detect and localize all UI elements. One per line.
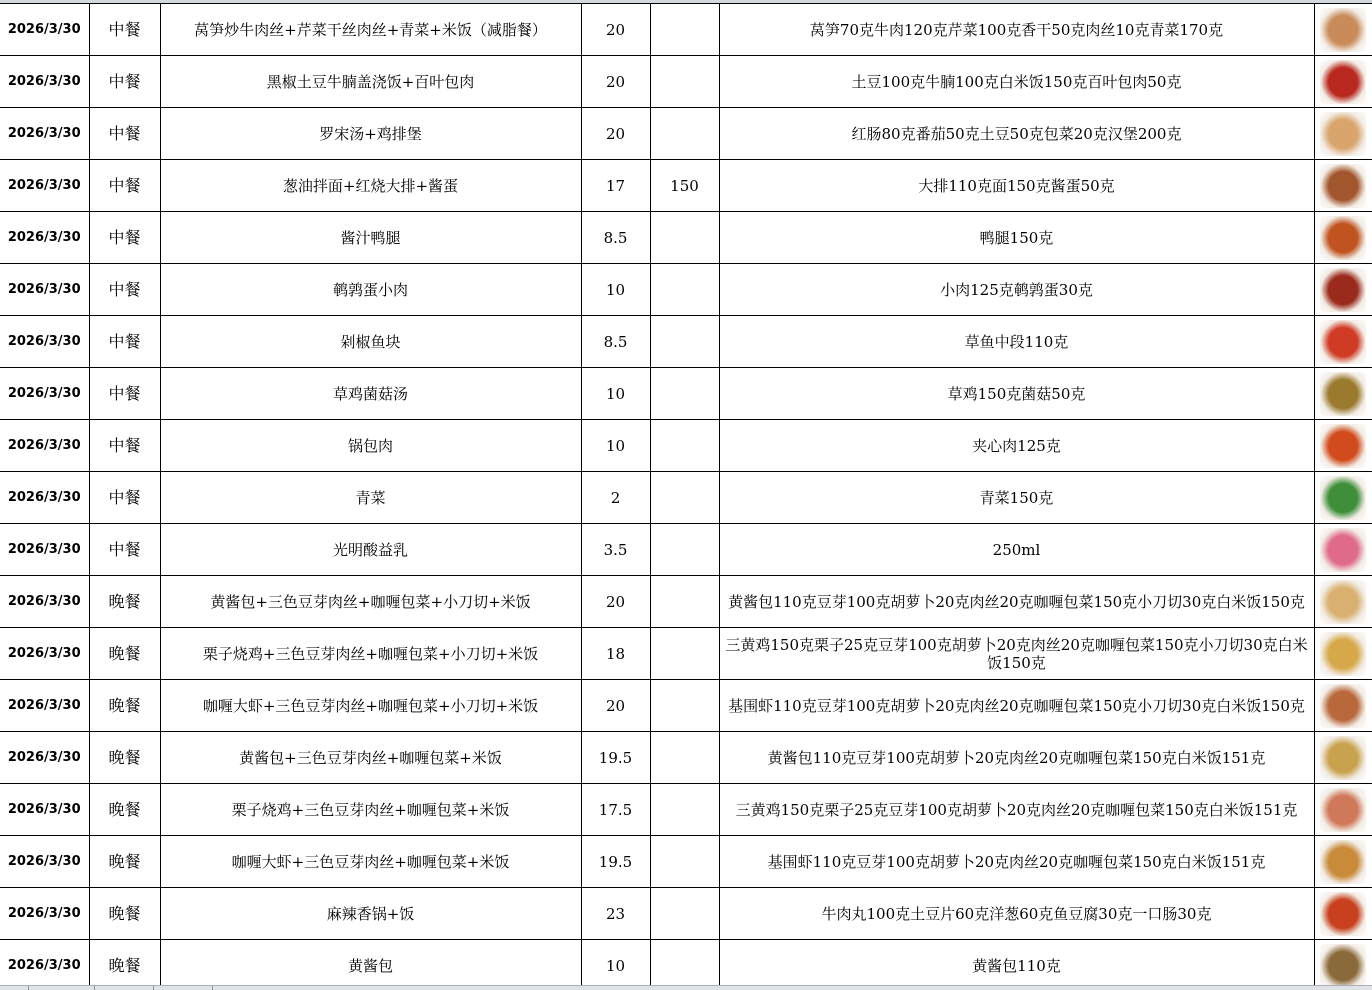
date-cell[interactable]: 2026/3/30: [0, 836, 89, 888]
bento-box-icon[interactable]: [1320, 8, 1366, 52]
plate-meal-icon[interactable]: [1320, 788, 1366, 832]
extra-cell[interactable]: [650, 524, 719, 576]
meal-cell[interactable]: 中餐: [89, 160, 160, 212]
dish-cell[interactable]: 黄酱包: [160, 940, 581, 990]
extra-cell[interactable]: [650, 108, 719, 160]
meal-cell[interactable]: 晚餐: [89, 784, 160, 836]
extra-cell[interactable]: [650, 576, 719, 628]
braised-pork-icon[interactable]: [1320, 268, 1366, 312]
price-cell[interactable]: 20: [581, 576, 650, 628]
date-cell[interactable]: 2026/3/30: [0, 264, 89, 316]
image-cell[interactable]: [1314, 472, 1372, 524]
table-row: 2026/3/30中餐黑椒土豆牛腩盖浇饭+百叶包肉20土豆100克牛腩100克白…: [0, 56, 1372, 108]
extra-cell[interactable]: [650, 732, 719, 784]
meal-cell[interactable]: 中餐: [89, 108, 160, 160]
date-cell[interactable]: 2026/3/30: [0, 472, 89, 524]
date-cell[interactable]: 2026/3/30: [0, 784, 89, 836]
table-row: 2026/3/30中餐罗宋汤+鸡排堡20红肠80克番茄50克土豆50克包菜20克…: [0, 108, 1372, 160]
dish-cell[interactable]: 黑椒土豆牛腩盖浇饭+百叶包肉: [160, 56, 581, 108]
price-cell[interactable]: 23: [581, 888, 650, 940]
meal-cell[interactable]: 晚餐: [89, 628, 160, 680]
image-cell[interactable]: [1314, 264, 1372, 316]
noodle-bowl-icon[interactable]: [1320, 164, 1366, 208]
image-cell[interactable]: [1314, 836, 1372, 888]
price-cell[interactable]: 8.5: [581, 316, 650, 368]
table-row: 2026/3/30中餐青菜2青菜150克: [0, 472, 1372, 524]
set-meal-icon[interactable]: [1320, 840, 1366, 884]
extra-cell[interactable]: [650, 472, 719, 524]
dish-cell[interactable]: 光明酸益乳: [160, 524, 581, 576]
ingredients-cell[interactable]: 草鸡150克菌菇50克: [719, 368, 1314, 420]
ingredients-cell[interactable]: 基围虾110克豆芽100克胡萝卜20克肉丝20克咖喱包菜150克白米饭151克: [719, 836, 1314, 888]
ingredients-cell[interactable]: 三黄鸡150克栗子25克豆芽100克胡萝卜20克肉丝20克咖喱包菜150克小刀切…: [719, 628, 1314, 680]
price-cell[interactable]: 8.5: [581, 212, 650, 264]
ingredients-cell[interactable]: 三黄鸡150克栗子25克豆芽100克胡萝卜20克肉丝20克咖喱包菜150克白米饭…: [719, 784, 1314, 836]
date-cell[interactable]: 2026/3/30: [0, 888, 89, 940]
date-cell[interactable]: 2026/3/30: [0, 368, 89, 420]
ingredients-cell[interactable]: 黄酱包110克豆芽100克胡萝卜20克肉丝20克咖喱包菜150克白米饭151克: [719, 732, 1314, 784]
meal-cell[interactable]: 晚餐: [89, 680, 160, 732]
duck-leg-icon[interactable]: [1320, 216, 1366, 260]
fried-pork-icon[interactable]: [1320, 424, 1366, 468]
add-sheet-tab[interactable]: [212, 986, 247, 990]
dish-cell[interactable]: 栗子烧鸡+三色豆芽肉丝+咖喱包菜+米饭: [160, 784, 581, 836]
meal-cell[interactable]: 中餐: [89, 264, 160, 316]
table-row: 2026/3/30晚餐黄酱包10黄酱包110克: [0, 940, 1372, 990]
fish-chili-icon[interactable]: [1320, 320, 1366, 364]
meal-cell[interactable]: 中餐: [89, 56, 160, 108]
image-cell[interactable]: [1314, 56, 1372, 108]
meal-cell[interactable]: 晚餐: [89, 940, 160, 990]
ingredients-cell[interactable]: 土豆100克牛腩100克白米饭150克百叶包肉50克: [719, 56, 1314, 108]
image-cell[interactable]: [1314, 628, 1372, 680]
image-cell[interactable]: [1314, 732, 1372, 784]
date-cell[interactable]: 2026/3/30: [0, 212, 89, 264]
date-cell[interactable]: 2026/3/30: [0, 420, 89, 472]
table-row: 2026/3/30中餐鹌鹑蛋小肉10小肉125克鹌鹑蛋30克: [0, 264, 1372, 316]
ingredients-cell[interactable]: 黄酱包110克豆芽100克胡萝卜20克肉丝20克咖喱包菜150克小刀切30克白米…: [719, 576, 1314, 628]
meal-cell[interactable]: 晚餐: [89, 836, 160, 888]
meal-cell[interactable]: 中餐: [89, 368, 160, 420]
date-cell[interactable]: 2026/3/30: [0, 732, 89, 784]
meal-cell[interactable]: 中餐: [89, 4, 160, 56]
meal-cell[interactable]: 中餐: [89, 316, 160, 368]
greens-icon[interactable]: [1320, 476, 1366, 520]
price-cell[interactable]: 20: [581, 680, 650, 732]
dish-cell[interactable]: 咖喱大虾+三色豆芽肉丝+咖喱包菜+小刀切+米饭: [160, 680, 581, 732]
ingredients-cell[interactable]: 小肉125克鹌鹑蛋30克: [719, 264, 1314, 316]
extra-cell[interactable]: [650, 264, 719, 316]
dish-cell[interactable]: 麻辣香锅+饭: [160, 888, 581, 940]
image-cell[interactable]: [1314, 524, 1372, 576]
ingredients-cell[interactable]: 250ml: [719, 524, 1314, 576]
table-row: 2026/3/30中餐葱油拌面+红烧大排+酱蛋17150大排110克面150克酱…: [0, 160, 1372, 212]
set-meal-icon[interactable]: [1320, 580, 1366, 624]
burger-fries-icon[interactable]: [1320, 112, 1366, 156]
table-row: 2026/3/30中餐草鸡菌菇汤10草鸡150克菌菇50克: [0, 368, 1372, 420]
image-cell[interactable]: [1314, 212, 1372, 264]
table-row: 2026/3/30晚餐黄酱包+三色豆芽肉丝+咖喱包菜+小刀切+米饭20黄酱包11…: [0, 576, 1372, 628]
ingredients-cell[interactable]: 鸭腿150克: [719, 212, 1314, 264]
image-cell[interactable]: [1314, 4, 1372, 56]
date-cell[interactable]: 2026/3/30: [0, 680, 89, 732]
table-row: 2026/3/30晚餐咖喱大虾+三色豆芽肉丝+咖喱包菜+小刀切+米饭20基围虾1…: [0, 680, 1372, 732]
extra-cell[interactable]: [650, 4, 719, 56]
image-cell[interactable]: [1314, 108, 1372, 160]
sheet-tab[interactable]: [28, 986, 89, 990]
dish-cell[interactable]: 葱油拌面+红烧大排+酱蛋: [160, 160, 581, 212]
dish-cell[interactable]: 黄酱包+三色豆芽肉丝+咖喱包菜+米饭: [160, 732, 581, 784]
meal-cell[interactable]: 晚餐: [89, 576, 160, 628]
table-row: 2026/3/30中餐锅包肉10夹心肉125克: [0, 420, 1372, 472]
sauce-bun-icon[interactable]: [1320, 944, 1366, 988]
price-cell[interactable]: 20: [581, 4, 650, 56]
price-cell[interactable]: 10: [581, 264, 650, 316]
ingredients-cell[interactable]: 红肠80克番茄50克土豆50克包菜20克汉堡200克: [719, 108, 1314, 160]
date-cell[interactable]: 2026/3/30: [0, 160, 89, 212]
image-cell[interactable]: [1314, 940, 1372, 990]
date-cell[interactable]: 2026/3/30: [0, 4, 89, 56]
dish-cell[interactable]: 鹌鹑蛋小肉: [160, 264, 581, 316]
price-cell[interactable]: 19.5: [581, 732, 650, 784]
extra-cell[interactable]: [650, 212, 719, 264]
meal-cell[interactable]: 中餐: [89, 420, 160, 472]
menu-spreadsheet: 2026/3/30中餐莴笋炒牛肉丝+芹菜干丝肉丝+青菜+米饭（减脂餐）20莴笋7…: [0, 3, 1372, 990]
table-row: 2026/3/30中餐酱汁鸭腿8.5鸭腿150克: [0, 212, 1372, 264]
date-cell[interactable]: 2026/3/30: [0, 108, 89, 160]
meal-cell[interactable]: 中餐: [89, 212, 160, 264]
ingredients-cell[interactable]: 夹心肉125克: [719, 420, 1314, 472]
yogurt-drink-icon[interactable]: [1320, 528, 1366, 572]
dish-cell[interactable]: 栗子烧鸡+三色豆芽肉丝+咖喱包菜+小刀切+米饭: [160, 628, 581, 680]
price-cell[interactable]: 10: [581, 368, 650, 420]
image-cell[interactable]: [1314, 160, 1372, 212]
extra-cell[interactable]: [650, 368, 719, 420]
set-meal-icon[interactable]: [1320, 632, 1366, 676]
table-row: 2026/3/30中餐莴笋炒牛肉丝+芹菜干丝肉丝+青菜+米饭（减脂餐）20莴笋7…: [0, 4, 1372, 56]
sheet-tab[interactable]: [94, 986, 153, 990]
dish-cell[interactable]: 莴笋炒牛肉丝+芹菜干丝肉丝+青菜+米饭（减脂餐）: [160, 4, 581, 56]
price-cell[interactable]: 19.5: [581, 836, 650, 888]
ingredients-cell[interactable]: 牛肉丸100克土豆片60克洋葱60克鱼豆腐30克一口肠30克: [719, 888, 1314, 940]
price-cell[interactable]: 17: [581, 160, 650, 212]
extra-cell[interactable]: [650, 888, 719, 940]
date-cell[interactable]: 2026/3/30: [0, 316, 89, 368]
extra-cell[interactable]: 150: [650, 160, 719, 212]
price-cell[interactable]: 17.5: [581, 784, 650, 836]
image-cell[interactable]: [1314, 316, 1372, 368]
dish-cell[interactable]: 草鸡菌菇汤: [160, 368, 581, 420]
price-cell[interactable]: 3.5: [581, 524, 650, 576]
chicken-soup-icon[interactable]: [1320, 372, 1366, 416]
extra-cell[interactable]: [650, 940, 719, 990]
extra-cell[interactable]: [650, 784, 719, 836]
spicy-pot-icon[interactable]: [1320, 892, 1366, 936]
extra-cell[interactable]: [650, 316, 719, 368]
table-row: 2026/3/30晚餐咖喱大虾+三色豆芽肉丝+咖喱包菜+米饭19.5基围虾110…: [0, 836, 1372, 888]
table-row: 2026/3/30中餐光明酸益乳3.5250ml: [0, 524, 1372, 576]
price-cell[interactable]: 10: [581, 420, 650, 472]
image-cell[interactable]: [1314, 420, 1372, 472]
image-cell[interactable]: [1314, 680, 1372, 732]
date-cell[interactable]: 2026/3/30: [0, 576, 89, 628]
date-cell[interactable]: 2026/3/30: [0, 628, 89, 680]
table-row: 2026/3/30晚餐栗子烧鸡+三色豆芽肉丝+咖喱包菜+米饭17.5三黄鸡150…: [0, 784, 1372, 836]
price-cell[interactable]: 2: [581, 472, 650, 524]
extra-cell[interactable]: [650, 628, 719, 680]
date-cell[interactable]: 2026/3/30: [0, 524, 89, 576]
price-cell[interactable]: 20: [581, 108, 650, 160]
table-row: 2026/3/30晚餐麻辣香锅+饭23牛肉丸100克土豆片60克洋葱60克鱼豆腐…: [0, 888, 1372, 940]
date-cell[interactable]: 2026/3/30: [0, 940, 89, 990]
image-cell[interactable]: [1314, 784, 1372, 836]
ingredients-cell[interactable]: 大排110克面150克酱蛋50克: [719, 160, 1314, 212]
dish-cell[interactable]: 黄酱包+三色豆芽肉丝+咖喱包菜+小刀切+米饭: [160, 576, 581, 628]
extra-cell[interactable]: [650, 680, 719, 732]
image-cell[interactable]: [1314, 888, 1372, 940]
rice-plate-icon[interactable]: [1320, 60, 1366, 104]
image-cell[interactable]: [1314, 576, 1372, 628]
sheet-tab-bar: [0, 985, 1372, 990]
dish-cell[interactable]: 锅包肉: [160, 420, 581, 472]
price-cell[interactable]: 10: [581, 940, 650, 990]
extra-cell[interactable]: [650, 420, 719, 472]
meal-cell[interactable]: 中餐: [89, 472, 160, 524]
meal-cell[interactable]: 晚餐: [89, 732, 160, 784]
ingredients-cell[interactable]: 青菜150克: [719, 472, 1314, 524]
dish-cell[interactable]: 罗宋汤+鸡排堡: [160, 108, 581, 160]
table-row: 2026/3/30晚餐黄酱包+三色豆芽肉丝+咖喱包菜+米饭19.5黄酱包110克…: [0, 732, 1372, 784]
dish-cell[interactable]: 剁椒鱼块: [160, 316, 581, 368]
set-meal-icon[interactable]: [1320, 684, 1366, 728]
meal-cell[interactable]: 中餐: [89, 524, 160, 576]
extra-cell[interactable]: [650, 836, 719, 888]
meal-cell[interactable]: 晚餐: [89, 888, 160, 940]
table-row: 2026/3/30晚餐栗子烧鸡+三色豆芽肉丝+咖喱包菜+小刀切+米饭18三黄鸡1…: [0, 628, 1372, 680]
ingredients-cell[interactable]: 黄酱包110克: [719, 940, 1314, 990]
extra-cell[interactable]: [650, 56, 719, 108]
image-cell[interactable]: [1314, 368, 1372, 420]
dish-cell[interactable]: 酱汁鸭腿: [160, 212, 581, 264]
dish-cell[interactable]: 咖喱大虾+三色豆芽肉丝+咖喱包菜+米饭: [160, 836, 581, 888]
table-row: 2026/3/30中餐剁椒鱼块8.5草鱼中段110克: [0, 316, 1372, 368]
ingredients-cell[interactable]: 草鱼中段110克: [719, 316, 1314, 368]
price-cell[interactable]: 20: [581, 56, 650, 108]
date-cell[interactable]: 2026/3/30: [0, 56, 89, 108]
ingredients-cell[interactable]: 莴笋70克牛肉120克芹菜100克香干50克肉丝10克青菜170克: [719, 4, 1314, 56]
dish-cell[interactable]: 青菜: [160, 472, 581, 524]
ingredients-cell[interactable]: 基围虾110克豆芽100克胡萝卜20克肉丝20克咖喱包菜150克小刀切30克白米…: [719, 680, 1314, 732]
sheet-tab[interactable]: [153, 986, 212, 990]
price-cell[interactable]: 18: [581, 628, 650, 680]
set-meal-icon[interactable]: [1320, 736, 1366, 780]
